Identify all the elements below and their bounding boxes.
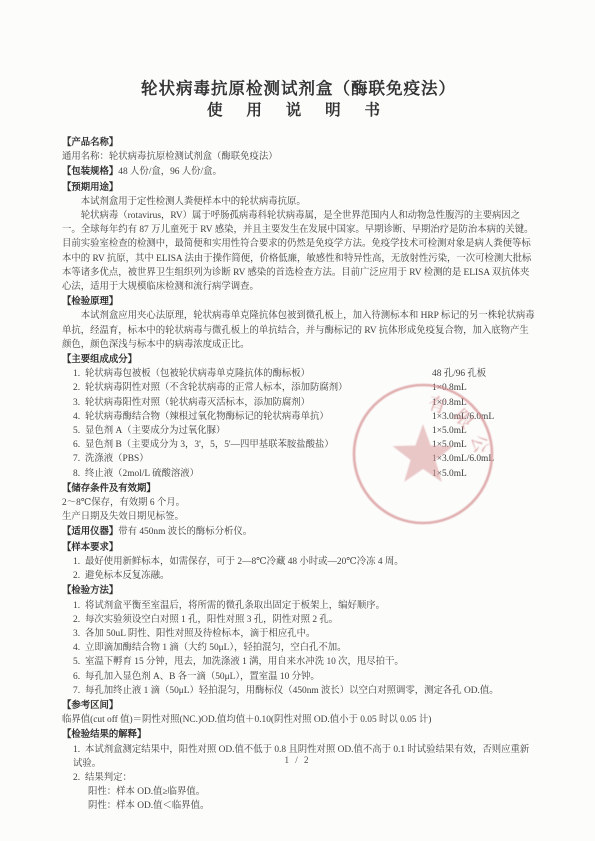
document-page: 轮状病毒抗原检测试剂盒（酶联免疫法） 使 用 说 明 书 【产品名称】 通用名称… bbox=[0, 0, 595, 841]
list-number: 5. bbox=[73, 657, 80, 667]
component-text: 洗涤液（PBS） bbox=[85, 454, 149, 464]
list-text: 最好使用新鲜标本，如需保存，可于 2—8℃冷藏 48 小时或—20℃冷冻 4 周… bbox=[85, 557, 404, 567]
interpretation-item: 2.结果判定： bbox=[62, 771, 535, 785]
component-row: 3.轮状病毒阳性对照（轮状病毒灭活标本，添加防腐剂）1×0.8mL bbox=[62, 396, 535, 410]
list-text: 每孔加终止液 1 滴（50μL）轻拍混匀，用酶标仪（450nm 波长）以空白对照… bbox=[85, 686, 499, 696]
list-text: 每孔加入显色剂 A、B 各一滴（50μL），置室温 10 分钟。 bbox=[85, 672, 320, 682]
component-number: 1. bbox=[73, 369, 80, 379]
section-heading-intended-use: 【预期用途】 bbox=[62, 181, 535, 195]
procedure-step: 7.每孔加终止液 1 滴（50μL）轻拍混匀，用酶标仪（450nm 波长）以空白… bbox=[62, 684, 535, 698]
intended-use-paragraph-2: 轮状病毒（rotavirus，RV）属于呼肠孤病毒科轮状病毒属，是全世界范围内人… bbox=[62, 209, 535, 294]
component-row: 6.显色剂 B（主要成分为 3，3'，5，5'—四甲基联苯胺盐酸盐）1×5.0m… bbox=[62, 438, 535, 452]
component-number: 8. bbox=[73, 469, 80, 479]
component-number: 6. bbox=[73, 440, 80, 450]
list-number: 3. bbox=[73, 629, 80, 639]
list-number: 2. bbox=[73, 773, 80, 783]
intended-use-paragraph-1: 本试剂盒用于定性检测人粪便样本中的轮状病毒抗原。 bbox=[62, 195, 535, 209]
list-number: 1. bbox=[73, 557, 80, 567]
list-text: 避免标本反复冻融。 bbox=[85, 571, 169, 581]
page-number: 1 / 2 bbox=[0, 755, 595, 765]
procedure-step: 1.将试剂盒平衡至室温后，将所需的微孔条取出固定于板架上，编好顺序。 bbox=[62, 599, 535, 613]
list-text: 立即滴加酶结合物 1 滴（大约 50μL），轻拍混匀，空白孔不加。 bbox=[85, 643, 347, 653]
list-number: 6. bbox=[73, 672, 80, 682]
section-heading-product-name: 【产品名称】 bbox=[62, 136, 535, 150]
procedure-step: 3.各加 50uL 阴性、阳性对照及待检标本，滴于相应孔中。 bbox=[62, 627, 535, 641]
section-heading-interpretation: 【检验结果的解释】 bbox=[62, 728, 535, 742]
component-row: 8.终止液（2mol/L 硫酸溶液）1×5.0mL bbox=[62, 467, 535, 481]
component-row: 1.轮状病毒包被板（包被轮状病毒单克隆抗体的酶标板）48 孔/96 孔板 bbox=[62, 367, 535, 381]
component-qty: 1×5.0mL bbox=[432, 438, 467, 452]
component-number: 4. bbox=[73, 412, 80, 422]
section-heading-procedure: 【检验方法】 bbox=[62, 584, 535, 598]
component-qty: 1×5.0mL bbox=[432, 424, 467, 438]
component-text: 轮状病毒阴性对照（不含轮状病毒的正常人标本，添加防腐剂） bbox=[85, 383, 348, 393]
component-text: 轮状病毒包被板（包被轮状病毒单克隆抗体的酶标板） bbox=[85, 369, 310, 379]
product-name-line: 通用名称：轮状病毒抗原检测试剂盒（酶联免疫法） bbox=[62, 150, 535, 164]
component-row: 2.轮状病毒阴性对照（不含轮状病毒的正常人标本，添加防腐剂）1×0.8mL bbox=[62, 381, 535, 395]
document-content: 轮状病毒抗原检测试剂盒（酶联免疫法） 使 用 说 明 书 【产品名称】 通用名称… bbox=[62, 78, 535, 814]
list-number: 1. bbox=[73, 745, 80, 755]
component-row: 7.洗涤液（PBS）1×3.0mL/6.0mL bbox=[62, 452, 535, 466]
procedure-step: 2.每次实验须设空白对照 1 孔，阳性对照 3 孔，阴性对照 2 孔。 bbox=[62, 613, 535, 627]
component-qty: 1×0.8mL bbox=[432, 396, 467, 410]
list-text: 室温下孵育 15 分钟，甩去，加洗涤液 1 满，用自来水冲洗 10 次，甩尽拍干… bbox=[85, 657, 404, 667]
section-heading-packaging: 【包装规格】 bbox=[62, 167, 118, 177]
packaging-text: 48 人份/盒，96 人份/盒。 bbox=[118, 167, 222, 177]
procedure-step: 4.立即滴加酶结合物 1 滴（大约 50μL），轻拍混匀，空白孔不加。 bbox=[62, 641, 535, 655]
section-heading-instrument: 【适用仪器】 bbox=[62, 527, 118, 537]
component-row: 4.轮状病毒酶结合物（辣根过氧化物酶标记的轮状病毒单抗）1×3.0mL/6.0m… bbox=[62, 410, 535, 424]
component-qty: 1×5.0mL bbox=[432, 467, 467, 481]
procedure-step: 6.每孔加入显色剂 A、B 各一滴（50μL），置室温 10 分钟。 bbox=[62, 670, 535, 684]
sample-item: 1.最好使用新鲜标本，如需保存，可于 2—8℃冷藏 48 小时或—20℃冷冻 4… bbox=[62, 555, 535, 569]
document-title: 轮状病毒抗原检测试剂盒（酶联免疫法） bbox=[62, 78, 535, 100]
list-number: 2. bbox=[73, 571, 80, 581]
document-subtitle: 使 用 说 明 书 bbox=[62, 100, 535, 122]
reference-text: 临界值(cut off 值)＝阴性对照(NC.)OD.值均值＋0.10(阴性对照… bbox=[62, 713, 535, 727]
result-positive-line: 阳性：样本 OD.值≥临界值。 bbox=[62, 785, 535, 799]
sample-item: 2.避免标本反复冻融。 bbox=[62, 569, 535, 583]
principle-paragraph: 本试剂盒应用夹心法原理，轮状病毒单克隆抗体包被到微孔板上，加入待测标本和 HRP… bbox=[62, 309, 535, 352]
list-number: 2. bbox=[73, 615, 80, 625]
list-text: 结果判定： bbox=[85, 773, 132, 783]
list-number: 4. bbox=[73, 643, 80, 653]
component-qty: 1×0.8mL bbox=[432, 381, 467, 395]
component-number: 2. bbox=[73, 383, 80, 393]
storage-line-2: 生产日期及失效日期见标签。 bbox=[62, 510, 535, 524]
result-negative-line: 阴性：样本 OD.值＜临界值。 bbox=[62, 799, 535, 813]
component-text: 显色剂 A（主要成分为过氧化脲） bbox=[85, 426, 225, 436]
component-qty: 1×3.0mL/6.0mL bbox=[432, 410, 494, 424]
section-packaging: 【包装规格】48 人份/盒，96 人份/盒。 bbox=[62, 165, 535, 179]
section-heading-principle: 【检验原理】 bbox=[62, 295, 535, 309]
component-text: 轮状病毒阳性对照（轮状病毒灭活标本，添加防腐剂） bbox=[85, 398, 310, 408]
list-number: 7. bbox=[73, 686, 80, 696]
section-instrument: 【适用仪器】带有 450nm 波长的酶标分析仪。 bbox=[62, 525, 535, 539]
section-heading-reference: 【参考区间】 bbox=[62, 699, 535, 713]
component-text: 终止液（2mol/L 硫酸溶液） bbox=[85, 469, 199, 479]
component-qty: 1×3.0mL/6.0mL bbox=[432, 452, 494, 466]
component-number: 5. bbox=[73, 426, 80, 436]
section-heading-storage: 【储存条件及有效期】 bbox=[62, 482, 535, 496]
component-text: 显色剂 B（主要成分为 3，3'，5，5'—四甲基联苯胺盐酸盐） bbox=[85, 440, 334, 450]
list-text: 将试剂盒平衡至室温后，将所需的微孔条取出固定于板架上，编好顺序。 bbox=[85, 601, 385, 611]
component-qty: 48 孔/96 孔板 bbox=[432, 367, 486, 381]
component-row: 5.显色剂 A（主要成分为过氧化脲）1×5.0mL bbox=[62, 424, 535, 438]
list-text: 每次实验须设空白对照 1 孔，阳性对照 3 孔，阴性对照 2 孔。 bbox=[85, 615, 338, 625]
component-number: 3. bbox=[73, 398, 80, 408]
section-heading-components: 【主要组成成分】 bbox=[62, 353, 535, 367]
list-text: 各加 50uL 阴性、阳性对照及待检标本，滴于相应孔中。 bbox=[85, 629, 315, 639]
procedure-step: 5.室温下孵育 15 分钟，甩去，加洗涤液 1 满，用自来水冲洗 10 次，甩尽… bbox=[62, 655, 535, 669]
instrument-text: 带有 450nm 波长的酶标分析仪。 bbox=[118, 527, 252, 537]
section-heading-sample: 【样本要求】 bbox=[62, 541, 535, 555]
list-number: 1. bbox=[73, 601, 80, 611]
component-number: 7. bbox=[73, 454, 80, 464]
storage-line-1: 2～8℃保存，有效期 6 个月。 bbox=[62, 496, 535, 510]
component-text: 轮状病毒酶结合物（辣根过氧化物酶标记的轮状病毒单抗） bbox=[85, 412, 329, 422]
